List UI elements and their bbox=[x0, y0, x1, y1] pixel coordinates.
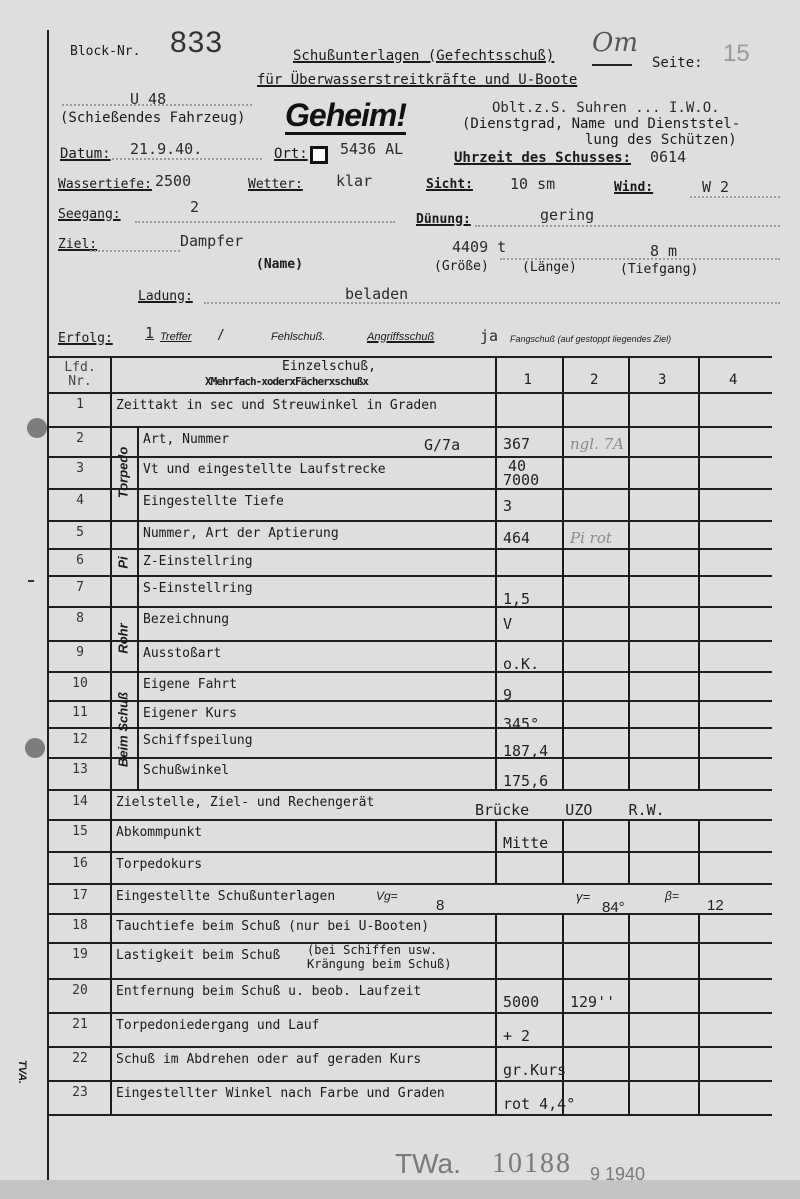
row-value-col1: 367 bbox=[503, 435, 530, 453]
col-header-1: 1 bbox=[524, 372, 532, 388]
wassertiefe-value: 2500 bbox=[155, 172, 191, 190]
row-number: 2 bbox=[50, 431, 110, 446]
row-label: Lastigkeit beim Schuß bbox=[116, 948, 280, 963]
row-label: Bezeichnung bbox=[143, 612, 229, 627]
table-rule bbox=[48, 727, 772, 729]
ziel-groesse-value: 4409 t bbox=[452, 238, 506, 256]
row-value-col2: 129'' bbox=[570, 993, 615, 1011]
row-label: Art, Nummer bbox=[143, 432, 229, 447]
secret-stamp: Geheim! bbox=[285, 98, 406, 135]
row-value-col1: 3 bbox=[503, 497, 512, 515]
grid-square-icon bbox=[310, 146, 328, 164]
row-label: Nummer, Art der Aptierung bbox=[143, 526, 339, 541]
page-edge-shadow bbox=[0, 1180, 800, 1199]
table-rule bbox=[48, 392, 772, 394]
dotted-field bbox=[204, 302, 780, 304]
tiefgang-caption: (Tiefgang) bbox=[620, 262, 698, 277]
ort-value: 5436 AL bbox=[340, 140, 403, 158]
row-vg_value: 8 bbox=[436, 897, 444, 914]
row-value-col1: 1,5 bbox=[503, 590, 530, 608]
wind-value: W 2 bbox=[702, 178, 729, 196]
row-label: Eigene Fahrt bbox=[143, 677, 237, 692]
column-rule bbox=[495, 913, 497, 1114]
table-rule bbox=[48, 883, 772, 885]
dotted-field bbox=[475, 225, 780, 227]
row-number: 23 bbox=[50, 1085, 110, 1100]
row-extra: G/7a bbox=[424, 436, 460, 454]
table-rule bbox=[48, 356, 772, 358]
angriffsschuss-value: ja bbox=[480, 327, 498, 345]
row-value-col1: rot 4,4° bbox=[503, 1095, 575, 1113]
row-number: 9 bbox=[50, 645, 110, 660]
row-label: Z-Einstellring bbox=[143, 554, 253, 569]
dotted-field bbox=[135, 221, 395, 223]
seite-label: Seite: bbox=[652, 55, 703, 71]
row-label: Eigener Kurs bbox=[143, 706, 237, 721]
table-rule bbox=[48, 1046, 772, 1048]
shooter-value: Oblt.z.S. Suhren ... I.W.O. bbox=[492, 100, 720, 116]
vessel-label: (Schießendes Fahrzeug) bbox=[60, 110, 245, 126]
row-number: 18 bbox=[50, 918, 110, 933]
row-value-col1: 9 bbox=[503, 686, 512, 704]
form-subtitle: für Überwasserstreitkräfte und U-Boote bbox=[257, 72, 577, 88]
row-number: 4 bbox=[50, 493, 110, 508]
wassertiefe-label: Wassertiefe: bbox=[58, 177, 152, 192]
table-rule bbox=[48, 640, 772, 642]
archive-stamp-prefix: TWa. bbox=[395, 1148, 461, 1180]
ladung-value: beladen bbox=[345, 285, 408, 303]
row-beta_label: β= bbox=[665, 889, 679, 903]
row-value-col1: o.K. bbox=[503, 655, 539, 673]
side-mark: TVA. bbox=[16, 1060, 28, 1084]
row-vg_label: Vg= bbox=[376, 889, 398, 903]
table-rule bbox=[48, 548, 772, 550]
margin-rule bbox=[47, 30, 49, 1180]
row-number: 10 bbox=[50, 676, 110, 691]
dotted-field bbox=[112, 158, 262, 160]
seite-number: 15 bbox=[723, 40, 750, 68]
treffer-value: 1 bbox=[145, 324, 154, 342]
table-rule bbox=[48, 456, 772, 458]
table-rule bbox=[48, 757, 772, 759]
row-value-col1: 464 bbox=[503, 529, 530, 547]
ort-label: Ort: bbox=[274, 146, 308, 162]
row-beta_value: 12 bbox=[707, 897, 724, 914]
row-label: Eingestellter Winkel nach Farbe und Grad… bbox=[116, 1086, 445, 1101]
row-value-col1: gr.Kurs bbox=[503, 1061, 566, 1079]
treffer-label: Treffer bbox=[160, 331, 192, 343]
col-header-3: 3 bbox=[658, 372, 666, 388]
col-desc-header: Einzelschuß, bbox=[282, 359, 376, 374]
row-number: 19 bbox=[50, 947, 110, 962]
fehlschuss-label: Fehlschuß. bbox=[271, 331, 325, 343]
wetter-value: klar bbox=[336, 172, 372, 190]
row-label: Ausstoßart bbox=[143, 646, 221, 661]
row-number: 7 bbox=[50, 580, 110, 595]
row-value-col1: 187,4 bbox=[503, 742, 548, 760]
laenge-caption: (Länge) bbox=[522, 260, 577, 275]
table-rule bbox=[48, 606, 772, 608]
row-note: Krängung beim Schuß) bbox=[307, 957, 452, 971]
col-desc-struck: XMehrfach-xoderxFächerxschußx bbox=[205, 375, 368, 388]
column-rule bbox=[698, 819, 700, 883]
block-number: 833 bbox=[170, 26, 223, 60]
row-gamma_label: γ= bbox=[576, 889, 590, 904]
block-label: Block-Nr. bbox=[70, 44, 140, 59]
punch-hole-icon bbox=[27, 418, 47, 438]
row-number: 21 bbox=[50, 1017, 110, 1032]
row-label: Schußwinkel bbox=[143, 763, 229, 778]
table-rule bbox=[48, 819, 772, 821]
row-number: 15 bbox=[50, 824, 110, 839]
column-rule bbox=[495, 819, 497, 883]
row-value-col1: Mitte bbox=[503, 834, 548, 852]
row-label: Vt und eingestellte Laufstrecke bbox=[143, 462, 386, 477]
table-rule bbox=[48, 671, 772, 673]
wetter-label: Wetter: bbox=[248, 177, 303, 192]
uhrzeit-label: Uhrzeit des Schusses: bbox=[454, 150, 631, 166]
row-label: Zeittakt in sec und Streuwinkel in Grade… bbox=[116, 398, 437, 413]
row-number: 13 bbox=[50, 762, 110, 777]
row-label: Eingestellte Schußunterlagen bbox=[116, 889, 335, 904]
name-caption: (Name) bbox=[256, 257, 303, 272]
row-note: (bei Schiffen usw. bbox=[307, 943, 437, 957]
row-label: Abkommpunkt bbox=[116, 825, 202, 840]
seegang-value: 2 bbox=[190, 198, 199, 216]
row-number: 14 bbox=[50, 794, 110, 809]
table-rule bbox=[48, 913, 772, 915]
datum-label: Datum: bbox=[60, 146, 111, 162]
datum-value: 21.9.40. bbox=[130, 140, 202, 158]
slash-separator: / bbox=[217, 328, 225, 343]
column-rule bbox=[495, 356, 497, 789]
initials-rule bbox=[592, 64, 632, 66]
column-rule bbox=[562, 356, 564, 789]
col-header-4: 4 bbox=[729, 372, 737, 388]
row-value-col1: 7000 bbox=[503, 471, 539, 489]
column-rule bbox=[698, 913, 700, 1114]
row-number: 5 bbox=[50, 525, 110, 540]
row-label: Entfernung beim Schuß u. beob. Laufzeit bbox=[116, 984, 421, 999]
row-label: Zielstelle, Ziel- und Rechengerät bbox=[116, 795, 374, 810]
row-number: 17 bbox=[50, 888, 110, 903]
wind-label: Wind: bbox=[614, 180, 653, 195]
row-label: Torpedoniedergang und Lauf bbox=[116, 1018, 320, 1033]
dotted-field bbox=[90, 250, 180, 252]
column-rule bbox=[562, 913, 564, 1114]
column-rule bbox=[628, 913, 630, 1114]
col-lfd-header: Nr. bbox=[50, 374, 110, 389]
angriffsschuss-label: Angriffsschuß bbox=[367, 331, 434, 343]
row-value-col1: 345° bbox=[503, 715, 539, 733]
column-rule bbox=[698, 356, 700, 789]
column-rule bbox=[562, 819, 564, 883]
row-value-col2: Pi rot bbox=[570, 529, 612, 547]
sicht-value: 10 sm bbox=[510, 175, 555, 193]
row-value-col1: V bbox=[503, 615, 512, 633]
row-number: 12 bbox=[50, 732, 110, 747]
row-number: 22 bbox=[50, 1051, 110, 1066]
col-header-2: 2 bbox=[590, 372, 598, 388]
row-number: 6 bbox=[50, 553, 110, 568]
uhrzeit-value: 0614 bbox=[650, 148, 686, 166]
row-number: 8 bbox=[50, 611, 110, 626]
group-rule bbox=[137, 426, 139, 789]
table-rule bbox=[48, 1012, 772, 1014]
row-number: 20 bbox=[50, 983, 110, 998]
row-label: S-Einstellring bbox=[143, 581, 253, 596]
column-rule bbox=[628, 819, 630, 883]
table-rule bbox=[48, 575, 772, 577]
table-rule bbox=[48, 978, 772, 980]
row-value-col1: + 2 bbox=[503, 1027, 530, 1045]
erfolg-label: Erfolg: bbox=[58, 331, 113, 346]
row-number: 16 bbox=[50, 856, 110, 871]
table-rule bbox=[48, 700, 772, 702]
sicht-label: Sicht: bbox=[426, 177, 473, 192]
ziel-name-value: Dampfer bbox=[180, 232, 243, 250]
shooter-label-1: (Dienstgrad, Name und Dienststel- bbox=[462, 116, 740, 132]
seegang-label: Seegang: bbox=[58, 207, 121, 222]
handwritten-initials: Om bbox=[592, 28, 638, 58]
row-gamma_value: 84° bbox=[602, 899, 625, 916]
dotted-field bbox=[690, 196, 780, 198]
row-number: 11 bbox=[50, 705, 110, 720]
column-rule bbox=[628, 356, 630, 789]
col-lfd-header: Lfd. bbox=[50, 360, 110, 375]
table-rule bbox=[48, 789, 772, 791]
punch-hole-icon bbox=[25, 738, 45, 758]
row-value-col1: 5000 bbox=[503, 993, 539, 1011]
row-value-col2: ngl. 7A bbox=[570, 435, 624, 453]
fangschuss-label: Fangschuß (auf gestoppt liegendes Ziel) bbox=[510, 334, 671, 344]
archive-stamp-suffix: 9 1940 bbox=[590, 1164, 645, 1185]
row-label: Torpedokurs bbox=[116, 857, 202, 872]
row-label: Schuß im Abdrehen oder auf geraden Kurs bbox=[116, 1052, 421, 1067]
row-span-value: Brücke UZO R.W. bbox=[475, 801, 665, 819]
duenung-label: Dünung: bbox=[416, 212, 471, 227]
row-number: 1 bbox=[50, 397, 110, 412]
row-label: Eingestellte Tiefe bbox=[143, 494, 284, 509]
row-number: 3 bbox=[50, 461, 110, 476]
table-rule bbox=[48, 1080, 772, 1082]
table-rule bbox=[48, 851, 772, 853]
table-rule bbox=[48, 488, 772, 490]
table-rule bbox=[48, 426, 772, 428]
row-label: Schiffspeilung bbox=[143, 733, 253, 748]
dotted-field bbox=[62, 104, 252, 106]
document-page: Block-Nr. 833 Schußunterlagen (Gefechtss… bbox=[0, 0, 800, 1199]
table-rule bbox=[48, 520, 772, 522]
row-label: Tauchtiefe beim Schuß (nur bei U-Booten) bbox=[116, 919, 429, 934]
form-title: Schußunterlagen (Gefechtsschuß) bbox=[293, 48, 554, 64]
groesse-caption: (Größe) bbox=[434, 259, 489, 274]
table-rule bbox=[48, 1114, 772, 1116]
duenung-value: gering bbox=[540, 206, 594, 224]
archive-stamp-number: 10188 bbox=[492, 1148, 572, 1180]
shooter-label-2: lung des Schützen) bbox=[585, 132, 737, 148]
ladung-label: Ladung: bbox=[138, 289, 193, 304]
row-value-col1: 175,6 bbox=[503, 772, 548, 790]
margin-tick bbox=[28, 580, 34, 582]
column-rule bbox=[110, 356, 112, 1114]
